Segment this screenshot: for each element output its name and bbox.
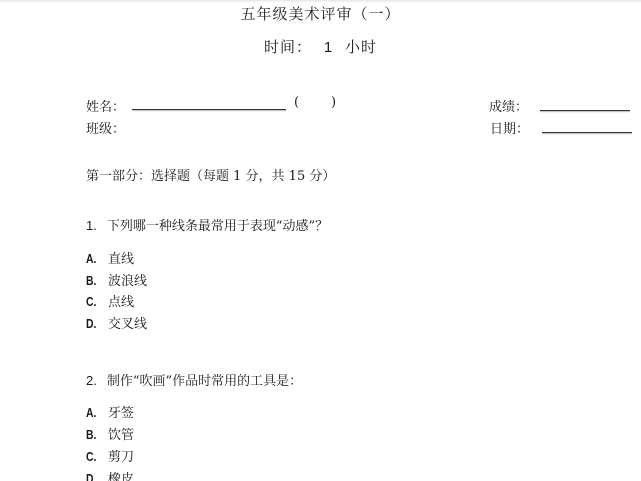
exam-duration: 时间： 1 小时 [0, 36, 641, 57]
option-key: B. [86, 427, 104, 442]
option-text: 波浪线 [108, 274, 147, 289]
option-2b[interactable]: B.饮管 [86, 424, 134, 443]
time-label: 时间： [264, 38, 312, 56]
score-field[interactable] [540, 110, 630, 111]
option-key: A. [86, 405, 104, 420]
option-2a[interactable]: A.牙签 [86, 402, 134, 421]
option-1b[interactable]: B.波浪线 [86, 270, 147, 289]
date-field[interactable] [542, 132, 632, 133]
option-1d[interactable]: D.交叉线 [86, 313, 147, 332]
class-label: 班级： [86, 118, 125, 137]
option-key: D. [86, 316, 104, 331]
option-1c[interactable]: C.点线 [86, 291, 134, 310]
option-key: C. [86, 294, 104, 309]
page-title: 五年级美术评审（一） [0, 3, 641, 24]
option-key: C. [86, 449, 104, 464]
option-2d[interactable]: D.橡皮 [86, 468, 134, 481]
question-2: 2.制作“吹画”作品时常用的工具是： [86, 370, 302, 389]
question-text: 制作“吹画”作品时常用的工具是： [107, 374, 302, 389]
question-1: 1.下列哪一种线条最常用于表现“动感”？ [86, 215, 328, 234]
option-text: 点线 [108, 295, 134, 310]
name-field[interactable] [132, 109, 286, 110]
question-text: 下列哪一种线条最常用于表现“动感”？ [107, 219, 328, 234]
name-label: 姓名： [86, 96, 125, 115]
option-text: 直线 [108, 252, 134, 267]
option-text: 剪刀 [108, 450, 134, 465]
question-number: 2. [86, 373, 97, 388]
option-key: B. [86, 273, 104, 288]
option-2c[interactable]: C.剪刀 [86, 446, 134, 465]
option-text: 橡皮 [108, 472, 134, 481]
section-title: 第一部分：选择题（每题 1 分，共 15 分） [86, 165, 335, 184]
option-text: 牙签 [108, 406, 134, 421]
paren-close: ) [331, 95, 336, 110]
option-key: D. [86, 471, 104, 481]
score-label: 成绩： [489, 96, 528, 115]
time-unit: 小时 [345, 38, 377, 56]
option-1a[interactable]: A.直线 [86, 248, 134, 267]
paren-open: ( [294, 95, 299, 110]
option-text: 交叉线 [108, 317, 147, 332]
option-text: 饮管 [108, 428, 134, 443]
date-label: 日期： [490, 118, 529, 137]
time-value: 1 [324, 39, 333, 56]
question-number: 1. [86, 218, 97, 233]
option-key: A. [86, 251, 104, 266]
